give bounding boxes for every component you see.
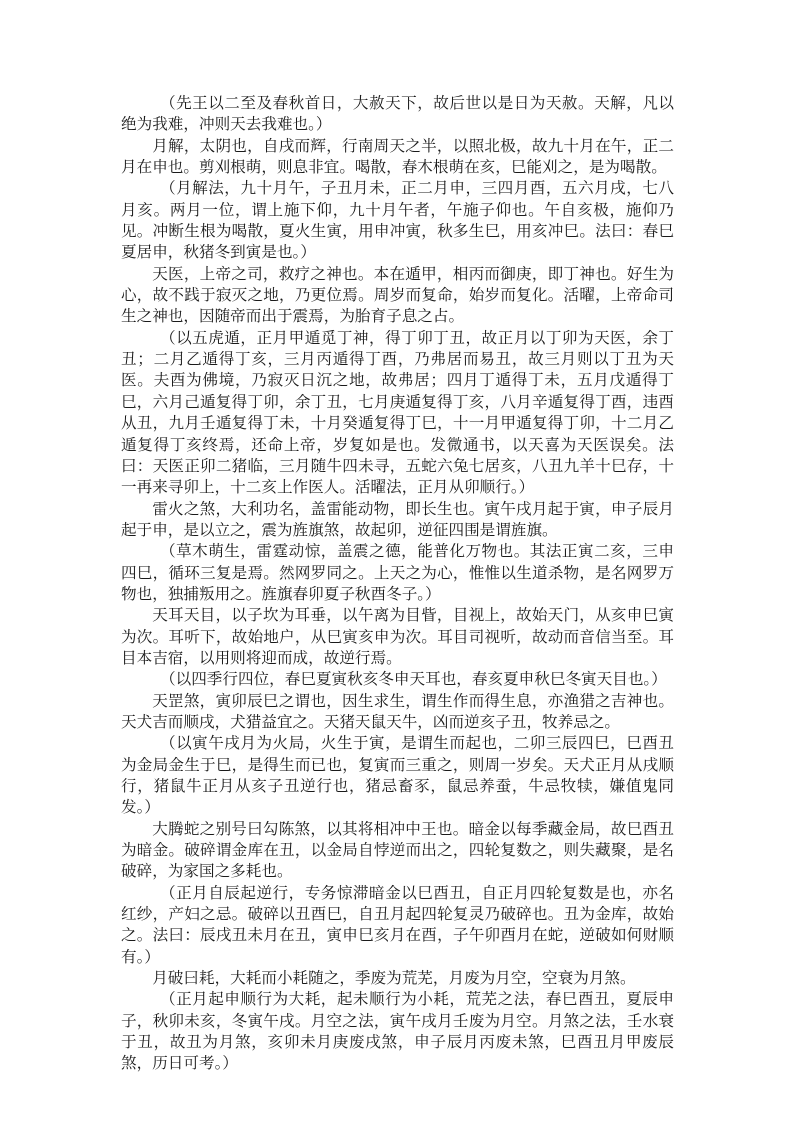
paragraph-note-yuejie-method: （月解法，九十月午，子丑月未，正二月申，三四月酉，五六月戌，七八月亥。两月一位，… [121, 178, 674, 263]
paragraph-note-dahao: （正月起申顺行为大耗，起未顺行为小耗，荒芜之法，春巳酉丑，夏辰申子，秋卯未亥，冬… [121, 989, 674, 1074]
paragraph-yuejie: 月解，太阴也，自戌而辉，行南周天之半，以照北极，故九十月在午，正二月在申也。剪刈… [121, 136, 674, 179]
paragraph-note-posui: （正月自辰起逆行，专务惊滞暗金以巳酉丑，自正月四轮复数是也，亦名红纱，产妇之忌。… [121, 883, 674, 968]
document-page: （先王以二至及春秋首日，大赦天下，故后世以是日为天赦。天解，凡以绝为我难，冲则天… [121, 93, 674, 1075]
paragraph-leihuo: 雷火之煞，大利功名，盖雷能动物，即长生也。寅午戌月起于寅，申子辰月起于申，是以立… [121, 499, 674, 542]
paragraph-note-tianshe: （先王以二至及春秋首日，大赦天下，故后世以是日为天赦。天解，凡以绝为我难，冲则天… [121, 93, 674, 136]
paragraph-tianer-tianmu: 天耳天目，以子坎为耳垂，以午离为目眥，目视上，故始天门，从亥申巳寅为次。耳听下，… [121, 605, 674, 669]
paragraph-tengshe: 大腾蛇之别号曰勾陈煞，以其将相冲中王也。暗金以每季藏金局，故巳酉丑为暗金。破碎谓… [121, 819, 674, 883]
paragraph-tianyi: 天医，上帝之司，救疗之神也。本在遁甲，相丙而御庚，即丁神也。好生为心，故不践于寂… [121, 264, 674, 328]
paragraph-note-tianyi-method: （以五虎遁，正月甲遁觅丁神，得丁卯丁丑，故正月以丁卯为天医，余丁丑；二月乙遁得丁… [121, 328, 674, 499]
paragraph-note-tianer: （以四季行四位，春巳夏寅秋亥冬申天耳也，春亥夏申秋巳冬寅天目也。） [121, 669, 674, 690]
paragraph-note-tiangang: （以寅午戌月为火局，火生于寅，是谓生而起也，二卯三辰四巳，巳酉丑为金局金生于巳，… [121, 733, 674, 818]
paragraph-tiangang: 天罡煞，寅卯辰巳之谓也，因生求生，谓生作而得生息，亦渔猎之吉神也。天犬吉而顺戌，… [121, 691, 674, 734]
paragraph-note-leihuo: （草木萌生，雷霆动惊，盖震之德，能普化万物也。其法正寅二亥，三申四巳，循环三复是… [121, 541, 674, 605]
paragraph-yuepo: 月破曰耗，大耗而小耗随之，季废为荒芜，月废为月空，空衰为月煞。 [121, 968, 674, 989]
